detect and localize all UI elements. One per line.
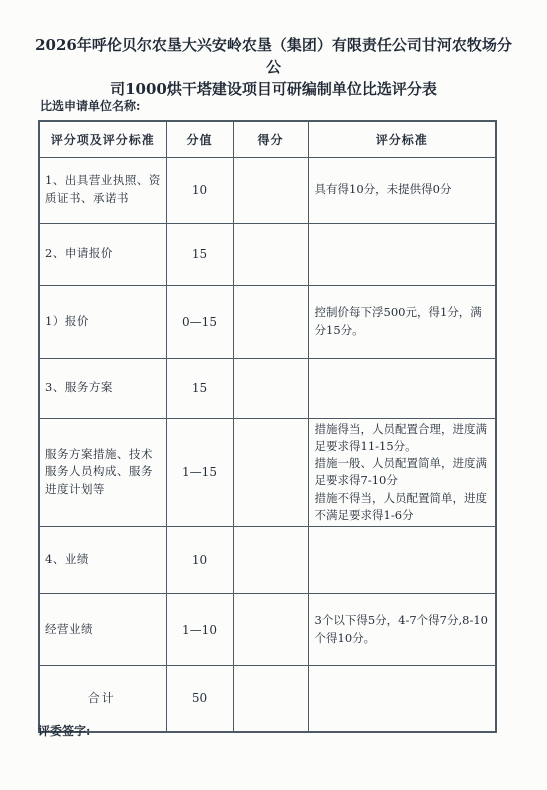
cell-criteria: 控制价每下浮500元，得1分，满分15分。 (308, 285, 496, 358)
score-table: 评分项及评分标准 分值 得分 评分标准 1、出具营业执照、资质证书、承诺书 10… (38, 120, 497, 733)
cell-score-value: 15 (166, 223, 233, 285)
cell-criteria: 3个以下得5分，4-7个得7分,8-10个得10分。 (308, 594, 496, 666)
cell-score-obtained (233, 223, 308, 285)
cell-item: 1、出具营业执照、资质证书、承诺书 (39, 157, 166, 223)
col-header-score-value: 分值 (166, 121, 233, 157)
table-row: 1）报价 0—15 控制价每下浮500元，得1分，满分15分。 (39, 285, 496, 358)
cell-score-obtained (233, 157, 308, 223)
cell-score-obtained (233, 666, 308, 732)
applicant-name-label: 比选申请单位名称: (40, 97, 140, 114)
table-header-row: 评分项及评分标准 分值 得分 评分标准 (39, 121, 496, 157)
document-page: 2026年呼伦贝尔农垦大兴安岭农垦（集团）有限责任公司甘河农牧场分公 司1000… (0, 0, 547, 790)
page-title: 2026年呼伦贝尔农垦大兴安岭农垦（集团）有限责任公司甘河农牧场分公 司1000… (0, 34, 547, 100)
cell-criteria: 具有得10分，未提供得0分 (308, 157, 496, 223)
cell-score-value: 10 (166, 157, 233, 223)
cell-item: 1）报价 (39, 285, 166, 358)
cell-score-obtained (233, 594, 308, 666)
table-row-total: 合计 50 (39, 666, 496, 732)
cell-score-value: 1—10 (166, 594, 233, 666)
col-header-score-obtained: 得分 (233, 121, 308, 157)
table-row: 服务方案措施、技术服务人员构成、服务进度计划等 1—15 措施得当，人员配置合理… (39, 418, 496, 527)
judge-signature-label: 评委签字: (38, 722, 90, 739)
table-row: 2、申请报价 15 (39, 223, 496, 285)
cell-score-value: 0—15 (166, 285, 233, 358)
cell-score-obtained (233, 527, 308, 594)
cell-score-value: 50 (166, 666, 233, 732)
cell-criteria (308, 666, 496, 732)
cell-score-value: 1—15 (166, 418, 233, 527)
cell-item: 2、申请报价 (39, 223, 166, 285)
cell-criteria (308, 527, 496, 594)
table-row: 1、出具营业执照、资质证书、承诺书 10 具有得10分，未提供得0分 (39, 157, 496, 223)
cell-item: 3、服务方案 (39, 358, 166, 418)
cell-score-obtained (233, 285, 308, 358)
table-row: 经营业绩 1—10 3个以下得5分，4-7个得7分,8-10个得10分。 (39, 594, 496, 666)
cell-criteria (308, 223, 496, 285)
cell-score-obtained (233, 418, 308, 527)
cell-score-value: 15 (166, 358, 233, 418)
cell-item: 4、业绩 (39, 527, 166, 594)
cell-score-obtained (233, 358, 308, 418)
cell-criteria: 措施得当，人员配置合理，进度满足要求得11-15分。 措施一般、人员配置简单，进… (308, 418, 496, 527)
cell-item: 经营业绩 (39, 594, 166, 666)
col-header-criteria: 评分标准 (308, 121, 496, 157)
cell-score-value: 10 (166, 527, 233, 594)
table-row: 4、业绩 10 (39, 527, 496, 594)
cell-criteria (308, 358, 496, 418)
col-header-item: 评分项及评分标准 (39, 121, 166, 157)
table-row: 3、服务方案 15 (39, 358, 496, 418)
cell-item: 服务方案措施、技术服务人员构成、服务进度计划等 (39, 418, 166, 527)
